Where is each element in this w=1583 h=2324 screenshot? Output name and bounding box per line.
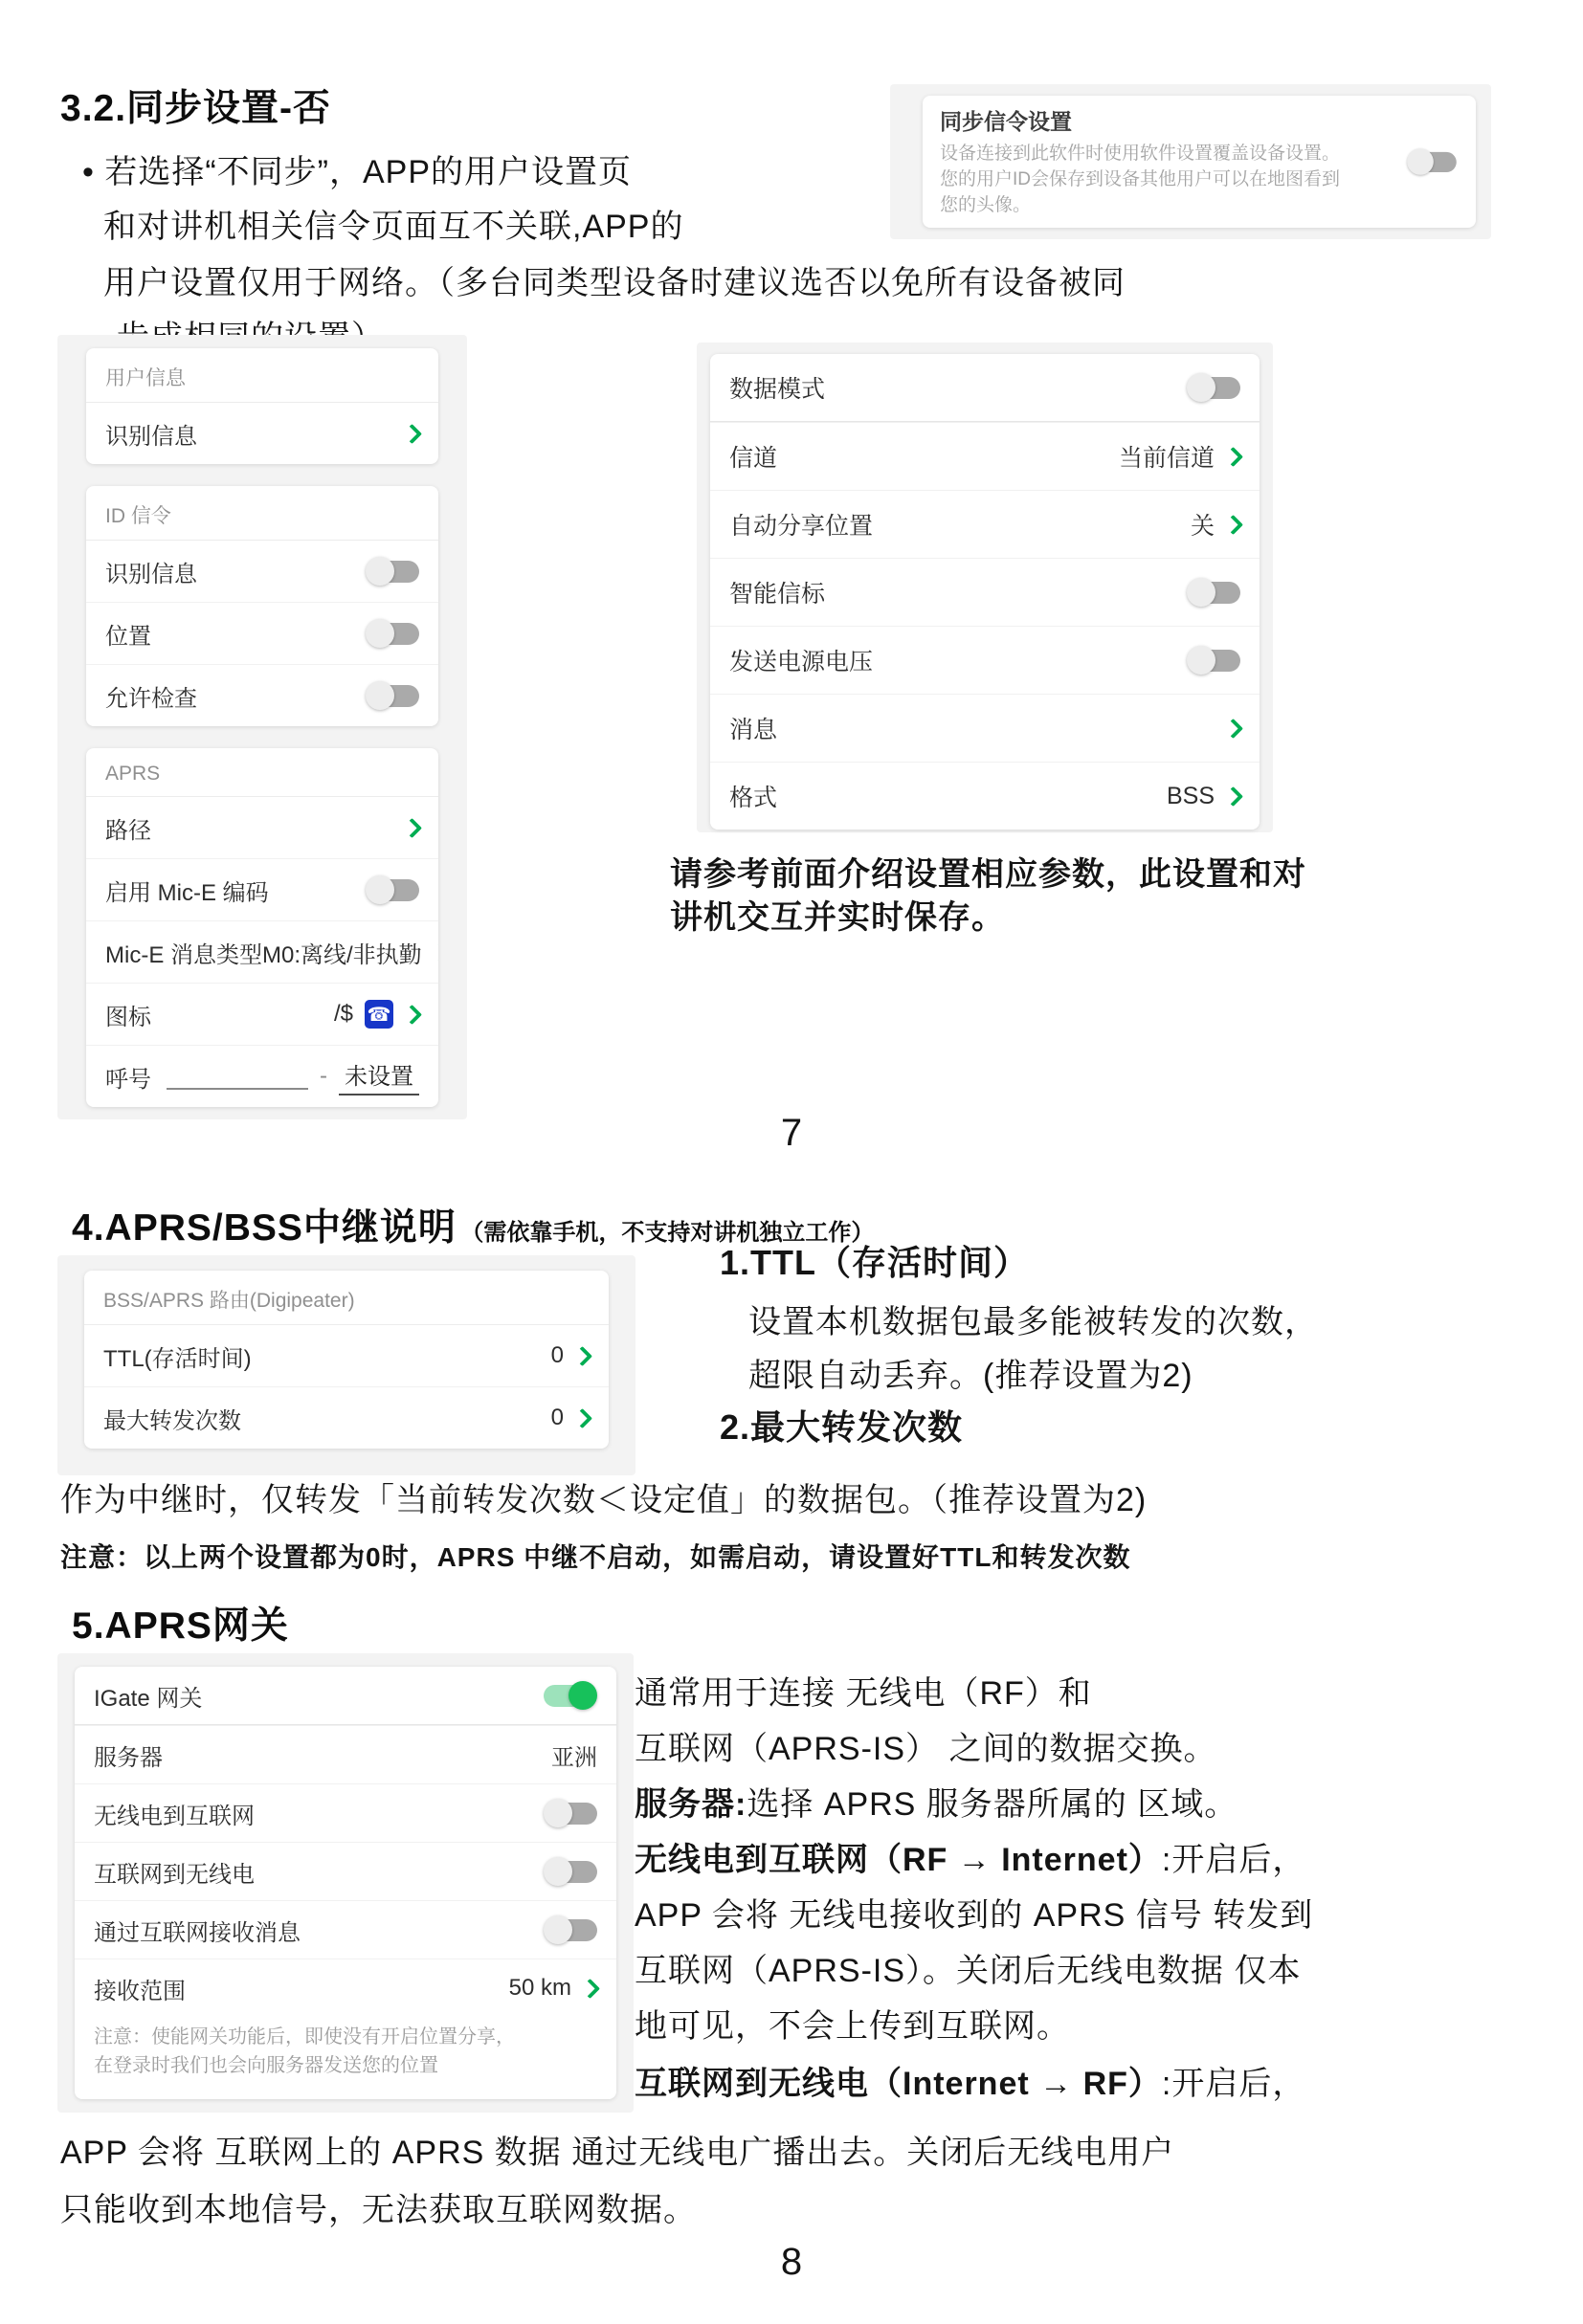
row-identify-info[interactable]: 识别信息 — [86, 403, 438, 464]
row-max-forward[interactable]: 最大转发次数 0 — [84, 1386, 609, 1449]
bottom-line1: APP 会将 互联网上的 APRS 数据 通过无线电广播出去。关闭后无线电用户 — [60, 2126, 1174, 2173]
igate-line5: APP 会将 无线电接收到的 APRS 信号 转发到 — [635, 1889, 1313, 1936]
allow-check-toggle[interactable] — [366, 681, 419, 710]
row-message[interactable]: 消息 — [710, 694, 1260, 762]
toggle-knob — [1187, 578, 1215, 607]
aprs-card: APRS 路径 启用 Mic-E 编码 Mic-E 消息类型 M0:离线/非执勤… — [86, 748, 438, 1107]
chevron-right-icon — [431, 941, 438, 962]
igate-line1: 通常用于连接 无线电（RF）和 — [635, 1667, 1092, 1714]
toggle-knob — [1187, 646, 1215, 675]
relay-note: 注意：以上两个设置都为0时，APRS 中继不启动，如需启动，请设置好TTL和转发… — [60, 1537, 1130, 1575]
chevron-right-icon — [1223, 446, 1243, 466]
chevron-right-icon — [402, 423, 422, 443]
receive-msg-toggle[interactable] — [544, 1915, 597, 1944]
chevron-right-icon — [572, 1407, 592, 1428]
location-toggle[interactable] — [366, 619, 419, 648]
chevron-right-icon — [1223, 786, 1243, 806]
user-info-header: 用户信息 — [86, 348, 438, 403]
phone-icon: ☎ — [365, 1000, 393, 1029]
mic-e-toggle[interactable] — [366, 875, 419, 904]
range-value: 50 km — [509, 1975, 571, 2002]
row-mic-e-type[interactable]: Mic-E 消息类型 M0:离线/非执勤 — [86, 920, 438, 983]
igate-toggle[interactable] — [544, 1681, 597, 1710]
id-signal-header: ID 信令 — [86, 486, 438, 541]
callsign-dash: - — [320, 1063, 327, 1090]
callsign-unset-button[interactable]: 未设置 — [339, 1057, 419, 1096]
sync-card-title: 同步信令设置 — [940, 104, 1405, 136]
max-forward-value: 0 — [551, 1405, 564, 1431]
row-data-mode: 数据模式 — [710, 354, 1260, 422]
toggle-knob — [1407, 148, 1434, 175]
rf-to-internet-toggle[interactable] — [544, 1799, 597, 1827]
section-3-2-line1: • 若选择“不同步”，APP的用户设置页 — [82, 145, 632, 192]
chevron-right-icon — [572, 1345, 592, 1365]
igate-line2: 互联网（APRS-IS） 之间的数据交换。 — [635, 1722, 1216, 1769]
row-allow-check: 允许检查 — [86, 664, 438, 726]
channel-value: 当前信道 — [1119, 439, 1215, 474]
relay-explain-line: 作为中继时，仅转发「当前转发次数＜设定值」的数据包。（推荐设置为2) — [60, 1473, 1147, 1520]
row-callsign: 呼号 - 未设置 — [86, 1045, 438, 1107]
igate-card: IGate 网关 服务器 亚洲 无线电到互联网 互联网到无线电 通过互联网接收消… — [75, 1667, 616, 2099]
row-igate: IGate 网关 — [75, 1667, 616, 1725]
toggle-knob — [544, 1857, 572, 1886]
row-send-voltage: 发送电源电压 — [710, 626, 1260, 694]
toggle-knob — [1187, 373, 1215, 402]
auto-share-value: 关 — [1191, 507, 1215, 542]
aprs-symbol-value: /$ — [334, 1001, 353, 1028]
chevron-right-icon — [402, 817, 422, 837]
row-internet-to-rf: 互联网到无线电 — [75, 1842, 616, 1900]
section-3-2-line3: 用户设置仅用于网络。（多台同类型设备时建议选否以免所有设备被同 — [103, 256, 1126, 303]
sync-card-backdrop: 同步信令设置 设备连接到此软件时使用软件设置覆盖设备设置。您的用户ID会保存到设… — [890, 84, 1491, 239]
data-mode-toggle[interactable] — [1187, 373, 1240, 402]
aprs-header: APRS — [86, 748, 438, 797]
row-server[interactable]: 服务器 亚洲 — [75, 1725, 616, 1783]
toggle-knob — [366, 875, 394, 904]
sync-card-description: 设备连接到此软件时使用软件设置覆盖设备设置。您的用户ID会保存到设备其他用户可以… — [940, 142, 1353, 219]
format-value: BSS — [1167, 783, 1215, 810]
user-info-card: 用户信息 识别信息 — [86, 348, 438, 464]
mic-e-type-value: M0:离线/非执勤 — [262, 936, 422, 969]
id-signal-card: ID 信令 识别信息 位置 允许检查 — [86, 486, 438, 726]
ttl-title: 1.TTL（存活时间） — [720, 1236, 1029, 1285]
chevron-right-icon — [1223, 718, 1243, 738]
igate-line4: 无线电到互联网（RF → Internet）:开启后， — [635, 1833, 1305, 1880]
bullet-dot: • — [82, 154, 95, 190]
igate-note: 注意：使能网关功能后，即使没有开启位置分享， 在登录时我们也会向服务器发送您的位… — [75, 2017, 616, 2099]
beacon-settings-card: 数据模式 信道 当前信道 自动分享位置 关 智能信标 发送电源电压 消息 — [710, 354, 1260, 830]
row-path[interactable]: 路径 — [86, 797, 438, 858]
igate-line8: 互联网到无线电（Internet → RF）:开启后， — [635, 2057, 1305, 2104]
internet-to-rf-toggle[interactable] — [544, 1857, 597, 1886]
manual-page: 3.2.同步设置-否 • 若选择“不同步”，APP的用户设置页 和对讲机相关信令… — [0, 0, 1583, 2324]
toggle-knob — [366, 681, 394, 710]
row-mic-e-enable: 启用 Mic-E 编码 — [86, 858, 438, 920]
igate-line7: 地可见，不会上传到互联网。 — [635, 2000, 1070, 2047]
row-ttl[interactable]: TTL(存活时间) 0 — [84, 1325, 609, 1386]
digipeater-card: BSS/APRS 路由(Digipeater) TTL(存活时间) 0 最大转发… — [84, 1271, 609, 1449]
beacon-settings-backdrop: 数据模式 信道 当前信道 自动分享位置 关 智能信标 发送电源电压 消息 — [697, 343, 1273, 832]
ttl-line2: 超限自动丢弃。(推荐设置为2) — [748, 1349, 1193, 1396]
section-3-2-heading: 3.2.同步设置-否 — [60, 78, 331, 132]
ttl-line1: 设置本机数据包最多能被转发的次数， — [748, 1295, 1318, 1342]
row-format[interactable]: 格式 BSS — [710, 762, 1260, 830]
send-voltage-toggle[interactable] — [1187, 646, 1240, 675]
toggle-knob — [366, 619, 394, 648]
igate-backdrop: IGate 网关 服务器 亚洲 无线电到互联网 互联网到无线电 通过互联网接收消… — [57, 1653, 634, 2113]
row-receive-range[interactable]: 接收范围 50 km — [75, 1959, 616, 2017]
row-location: 位置 — [86, 602, 438, 664]
igate-line6: 互联网（APRS-IS）。关闭后无线电数据 仅本 — [635, 1944, 1301, 1991]
digipeater-backdrop: BSS/APRS 路由(Digipeater) TTL(存活时间) 0 最大转发… — [57, 1255, 635, 1475]
callsign-input[interactable] — [167, 1063, 308, 1090]
server-value: 亚洲 — [551, 1738, 597, 1772]
save-note: 请参考前面介绍设置相应参数，此设置和对 讲机交互并实时保存。 — [670, 853, 1306, 940]
max-forward-title: 2.最大转发次数 — [720, 1401, 963, 1450]
section-5-heading: 5.APRS网关 — [72, 1596, 289, 1649]
row-aprs-icon[interactable]: 图标 /$ ☎ — [86, 983, 438, 1045]
row-id-identify-info: 识别信息 — [86, 541, 438, 602]
toggle-knob — [569, 1681, 597, 1710]
ttl-value: 0 — [551, 1342, 564, 1369]
chevron-right-icon — [1223, 514, 1243, 534]
sync-signal-card: 同步信令设置 设备连接到此软件时使用软件设置覆盖设备设置。您的用户ID会保存到设… — [923, 96, 1476, 228]
toggle-knob — [544, 1799, 572, 1827]
chevron-right-icon — [402, 1004, 422, 1024]
igate-line3: 服务器:选择 APRS 服务器所属的 区域。 — [635, 1778, 1237, 1825]
sync-signal-toggle[interactable] — [1407, 148, 1457, 175]
page-number-7: 7 — [0, 1112, 1583, 1155]
row-receive-msg-internet: 通过互联网接收消息 — [75, 1900, 616, 1959]
chevron-right-icon — [580, 1978, 600, 1998]
toggle-knob — [366, 557, 394, 586]
identify-info-toggle[interactable] — [366, 557, 419, 586]
page-number-8: 8 — [0, 2241, 1583, 2284]
digipeater-header: BSS/APRS 路由(Digipeater) — [84, 1271, 609, 1325]
row-auto-share-location[interactable]: 自动分享位置 关 — [710, 490, 1260, 558]
smart-beacon-toggle[interactable] — [1187, 578, 1240, 607]
bottom-line2: 只能收到本地信号，无法获取互联网数据。 — [60, 2183, 697, 2230]
row-channel[interactable]: 信道 当前信道 — [710, 422, 1260, 490]
toggle-knob — [544, 1915, 572, 1944]
section-3-2-line2: 和对讲机相关信令页面互不关联,APP的 — [103, 200, 683, 247]
row-smart-beacon: 智能信标 — [710, 558, 1260, 626]
user-settings-backdrop: 用户信息 识别信息 ID 信令 识别信息 位置 允许检查 APRS — [57, 335, 467, 1119]
row-rf-to-internet: 无线电到互联网 — [75, 1783, 616, 1842]
